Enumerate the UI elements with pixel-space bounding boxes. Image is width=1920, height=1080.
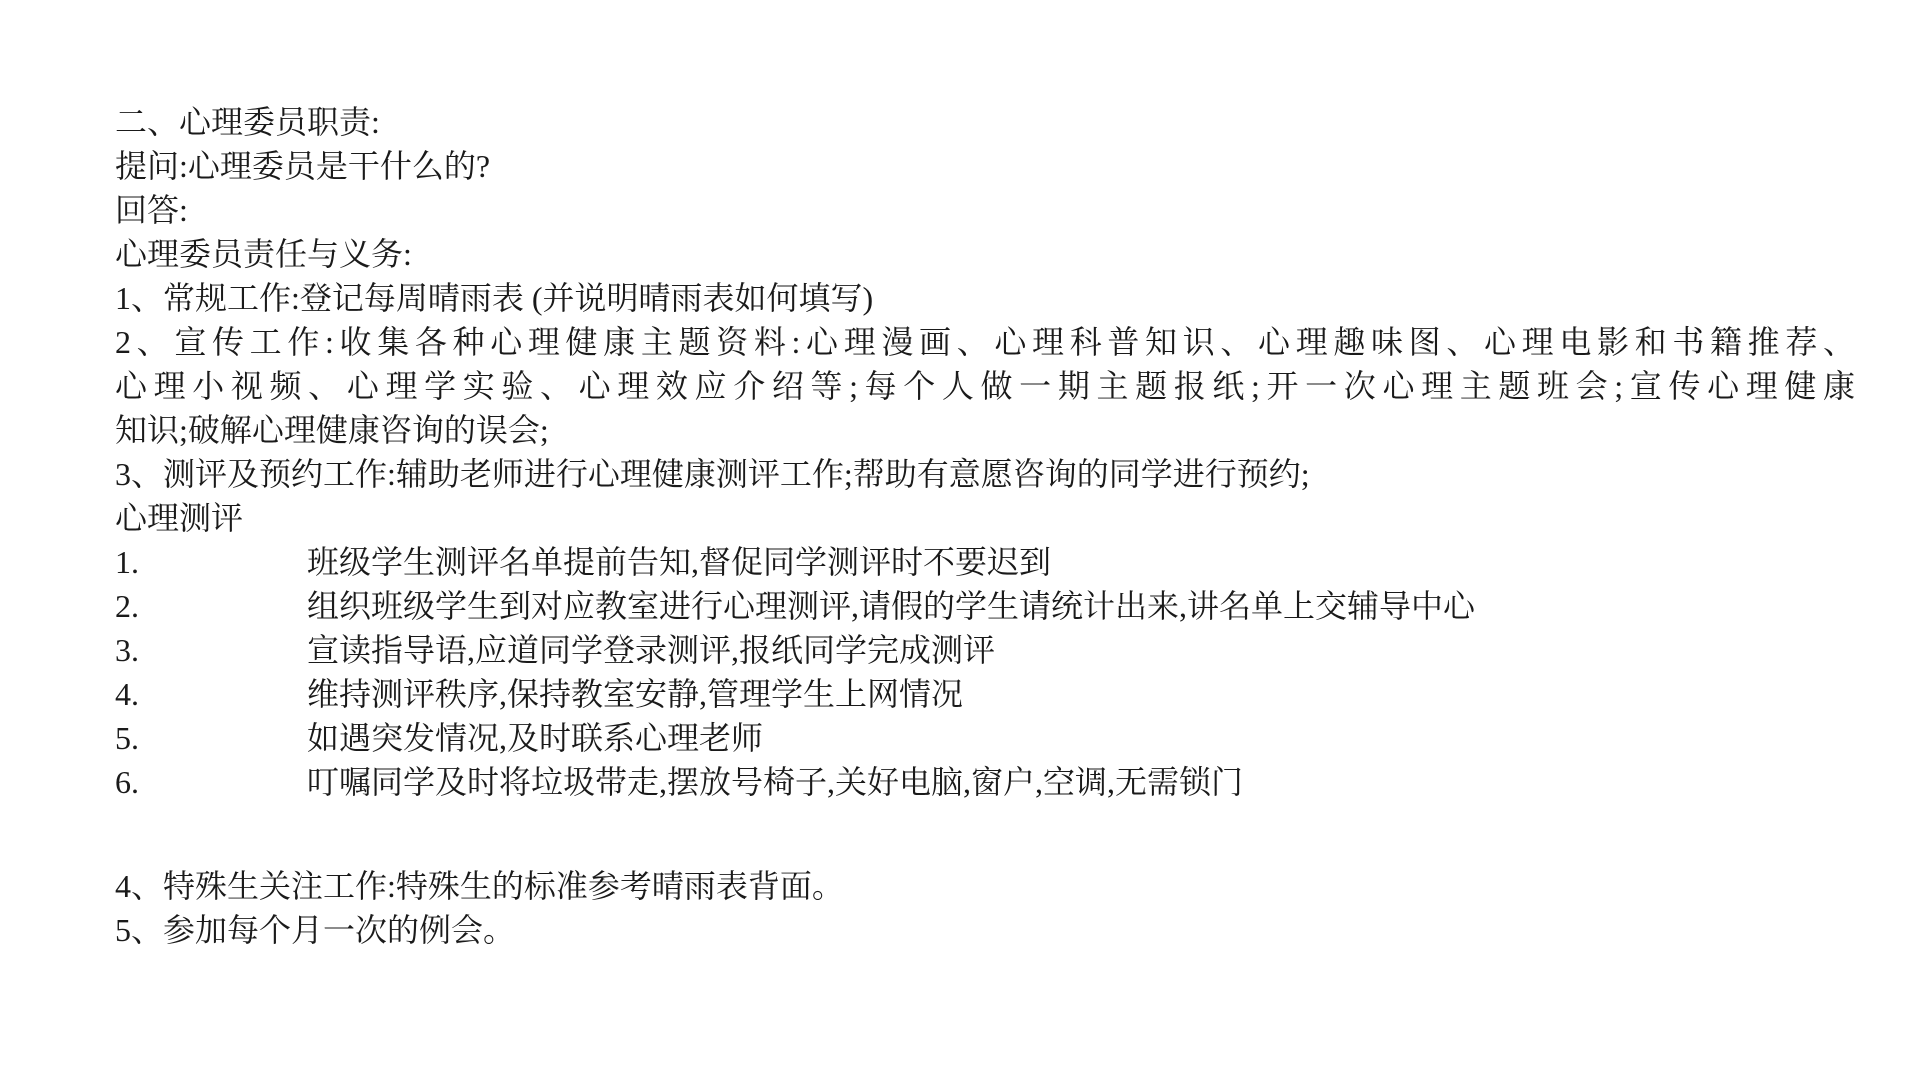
text-line: 心理小视频、心理学实验、心理效应介绍等;每个人做一期主题报纸;开一次心理主题班会…: [115, 364, 1855, 408]
text-line: 心理委员责任与义务:: [115, 232, 1855, 276]
text-line: 心理测评: [115, 496, 1855, 540]
list-item-number: 5.: [115, 716, 307, 760]
list-item: 1.班级学生测评名单提前告知,督促同学测评时不要迟到: [115, 540, 1855, 584]
list-item: 3.宣读指导语,应道同学登录测评,报纸同学完成测评: [115, 628, 1855, 672]
list-item: 2.组织班级学生到对应教室进行心理测评,请假的学生请统计出来,讲名单上交辅导中心: [115, 584, 1855, 628]
text-line: 4、特殊生关注工作:特殊生的标准参考晴雨表背面。: [115, 864, 1855, 908]
text-line: 提问:心理委员是干什么的?: [115, 144, 1855, 188]
text-line: 5、参加每个月一次的例会。: [115, 908, 1855, 952]
document-page: 二、心理委员职责:提问:心理委员是干什么的?回答:心理委员责任与义务:1、常规工…: [0, 0, 1920, 1080]
list-item-number: 6.: [115, 760, 307, 804]
text-line: 二、心理委员职责:: [115, 100, 1855, 144]
document-body: 二、心理委员职责:提问:心理委员是干什么的?回答:心理委员责任与义务:1、常规工…: [115, 100, 1855, 952]
list-item-number: 3.: [115, 628, 307, 672]
list-item-text: 如遇突发情况,及时联系心理老师: [307, 716, 1855, 760]
text-line: 1、常规工作:登记每周晴雨表 (并说明晴雨表如何填写): [115, 276, 1855, 320]
list-item-text: 组织班级学生到对应教室进行心理测评,请假的学生请统计出来,讲名单上交辅导中心: [307, 584, 1855, 628]
list-item-text: 叮嘱同学及时将垃圾带走,摆放号椅子,关好电脑,窗户,空调,无需锁门: [307, 760, 1855, 804]
list-item-text: 班级学生测评名单提前告知,督促同学测评时不要迟到: [307, 540, 1855, 584]
list-item-number: 4.: [115, 672, 307, 716]
blank-line: [115, 804, 1855, 864]
list-item: 5.如遇突发情况,及时联系心理老师: [115, 716, 1855, 760]
text-line: 2、宣传工作:收集各种心理健康主题资料:心理漫画、心理科普知识、心理趣味图、心理…: [115, 320, 1855, 364]
list-item-text: 维持测评秩序,保持教室安静,管理学生上网情况: [307, 672, 1855, 716]
list-item-text: 宣读指导语,应道同学登录测评,报纸同学完成测评: [307, 628, 1855, 672]
list-item: 6.叮嘱同学及时将垃圾带走,摆放号椅子,关好电脑,窗户,空调,无需锁门: [115, 760, 1855, 804]
list-item-number: 2.: [115, 584, 307, 628]
list-item-number: 1.: [115, 540, 307, 584]
text-line: 3、测评及预约工作:辅助老师进行心理健康测评工作;帮助有意愿咨询的同学进行预约;: [115, 452, 1855, 496]
list-item: 4.维持测评秩序,保持教室安静,管理学生上网情况: [115, 672, 1855, 716]
text-line: 回答:: [115, 188, 1855, 232]
text-line: 知识;破解心理健康咨询的误会;: [115, 408, 1855, 452]
